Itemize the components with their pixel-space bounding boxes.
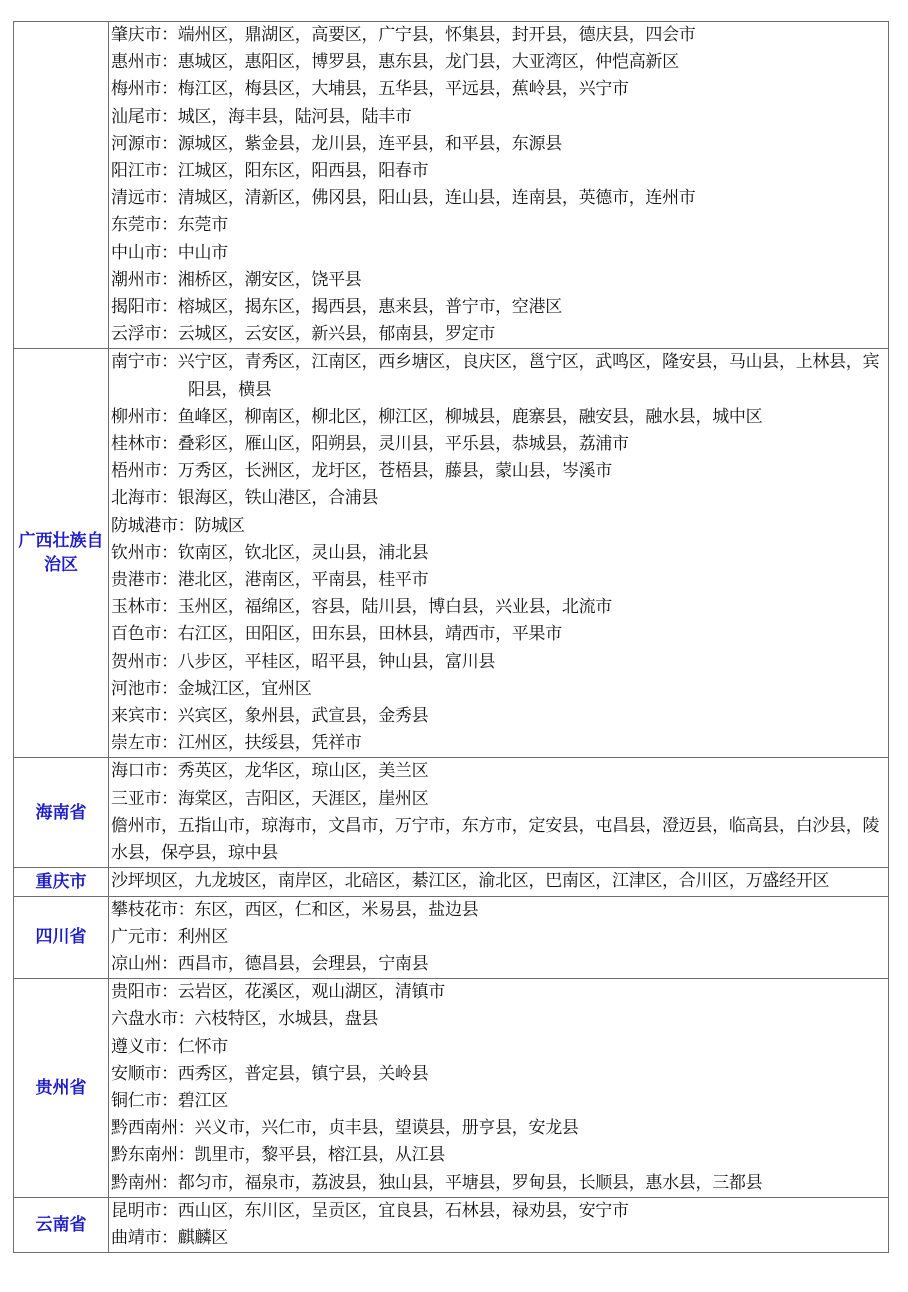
province-row: 云南省昆明市：西山区，东川区，呈贡区，宜良县，石林县，禄劝县，安宁市曲靖市：麒麟… <box>14 1197 889 1252</box>
city-entry: 南宁市：兴宁区，青秀区，江南区，西乡塘区，良庆区，邕宁区，武鸣区，隆安县，马山县… <box>111 349 888 403</box>
province-label: 广西壮族自治区 <box>14 349 109 758</box>
city-entry: 六盘水市：六枝特区，水城县，盘县 <box>111 1006 888 1033</box>
city-entry: 遵义市：仁怀市 <box>111 1034 888 1061</box>
city-entry: 黔西南州：兴义市，兴仁市，贞丰县，望谟县，册亨县，安龙县 <box>111 1115 888 1142</box>
city-entry: 钦州市：钦南区，钦北区，灵山县，浦北县 <box>111 540 888 567</box>
city-entry: 铜仁市：碧江区 <box>111 1088 888 1115</box>
province-row: 四川省攀枝花市：东区，西区，仁和区，米易县，盐边县广元市：利州区凉山州：西昌市，… <box>14 896 889 979</box>
city-entry: 梅州市：梅江区，梅县区，大埔县，五华县，平远县，蕉岭县，兴宁市 <box>111 76 888 103</box>
city-entry: 曲靖市：麒麟区 <box>111 1225 888 1252</box>
city-entry: 三亚市：海棠区，吉阳区，天涯区，崖州区 <box>111 786 888 813</box>
city-entry: 揭阳市：榕城区，揭东区，揭西县，惠来县，普宁市，空港区 <box>111 294 888 321</box>
city-entry: 云浮市：云城区，云安区，新兴县，郁南县，罗定市 <box>111 321 888 348</box>
city-entry: 广元市：利州区 <box>111 924 888 951</box>
province-label <box>14 22 109 349</box>
city-entry: 汕尾市：城区，海丰县，陆河县，陆丰市 <box>111 104 888 131</box>
city-list: 海口市：秀英区，龙华区，琼山区，美兰区三亚市：海棠区，吉阳区，天涯区，崖州区儋州… <box>109 758 889 868</box>
city-list: 肇庆市：端州区，鼎湖区，高要区，广宁县，怀集县，封开县，德庆县，四会市惠州市：惠… <box>109 22 889 349</box>
city-entry: 来宾市：兴宾区，象州县，武宣县，金秀县 <box>111 703 888 730</box>
city-entry: 昆明市：西山区，东川区，呈贡区，宜良县，石林县，禄劝县，安宁市 <box>111 1198 888 1225</box>
city-entry: 海口市：秀英区，龙华区，琼山区，美兰区 <box>111 758 888 785</box>
province-row: 贵州省贵阳市：云岩区，花溪区，观山湖区，清镇市六盘水市：六枝特区，水城县，盘县遵… <box>14 979 889 1198</box>
city-entry: 凉山州：西昌市，德昌县，会理县，宁南县 <box>111 951 888 978</box>
city-entry: 黔南州：都匀市，福泉市，荔波县，独山县，平塘县，罗甸县，长顺县，惠水县，三都县 <box>111 1170 888 1197</box>
province-row: 海南省海口市：秀英区，龙华区，琼山区，美兰区三亚市：海棠区，吉阳区，天涯区，崖州… <box>14 758 889 868</box>
city-list: 昆明市：西山区，东川区，呈贡区，宜良县，石林县，禄劝县，安宁市曲靖市：麒麟区 <box>109 1197 889 1252</box>
city-entry: 清远市：清城区，清新区，佛冈县，阳山县，连山县，连南县，英德市，连州市 <box>111 185 888 212</box>
city-entry: 安顺市：西秀区，普定县，镇宁县，关岭县 <box>111 1061 888 1088</box>
city-entry: 沙坪坝区，九龙坡区，南岸区，北碚区，綦江区，渝北区，巴南区，江津区，合川区，万盛… <box>111 868 888 895</box>
city-list: 南宁市：兴宁区，青秀区，江南区，西乡塘区，良庆区，邕宁区，武鸣区，隆安县，马山县… <box>109 349 889 758</box>
province-row: 广西壮族自治区南宁市：兴宁区，青秀区，江南区，西乡塘区，良庆区，邕宁区，武鸣区，… <box>14 349 889 758</box>
city-entry: 防城港市：防城区 <box>111 513 888 540</box>
city-entry: 崇左市：江州区，扶绥县，凭祥市 <box>111 730 888 757</box>
province-label: 海南省 <box>14 758 109 868</box>
city-entry: 儋州市，五指山市，琼海市，文昌市，万宁市，东方市，定安县，屯昌县，澄迈县，临高县… <box>111 813 888 867</box>
city-entry: 惠州市：惠城区，惠阳区，博罗县，惠东县，龙门县，大亚湾区，仲恺高新区 <box>111 49 888 76</box>
city-entry: 玉林市：玉州区，福绵区，容县，陆川县，博白县，兴业县，北流市 <box>111 594 888 621</box>
city-entry: 中山市：中山市 <box>111 240 888 267</box>
city-entry: 河池市：金城江区，宜州区 <box>111 676 888 703</box>
city-entry: 贺州市：八步区，平桂区，昭平县，钟山县，富川县 <box>111 649 888 676</box>
city-entry: 贵阳市：云岩区，花溪区，观山湖区，清镇市 <box>111 979 888 1006</box>
province-label: 贵州省 <box>14 979 109 1198</box>
region-table: 肇庆市：端州区，鼎湖区，高要区，广宁县，怀集县，封开县，德庆县，四会市惠州市：惠… <box>13 21 889 1253</box>
province-row: 肇庆市：端州区，鼎湖区，高要区，广宁县，怀集县，封开县，德庆县，四会市惠州市：惠… <box>14 22 889 349</box>
city-entry: 柳州市：鱼峰区，柳南区，柳北区，柳江区，柳城县，鹿寨县，融安县，融水县，城中区 <box>111 404 888 431</box>
province-label: 重庆市 <box>14 868 109 896</box>
city-entry: 东莞市：东莞市 <box>111 212 888 239</box>
city-list: 攀枝花市：东区，西区，仁和区，米易县，盐边县广元市：利州区凉山州：西昌市，德昌县… <box>109 896 889 979</box>
city-list: 沙坪坝区，九龙坡区，南岸区，北碚区，綦江区，渝北区，巴南区，江津区，合川区，万盛… <box>109 868 889 896</box>
city-entry: 攀枝花市：东区，西区，仁和区，米易县，盐边县 <box>111 897 888 924</box>
city-entry: 潮州市：湘桥区，潮安区，饶平县 <box>111 267 888 294</box>
city-entry: 肇庆市：端州区，鼎湖区，高要区，广宁县，怀集县，封开县，德庆县，四会市 <box>111 22 888 49</box>
city-entry: 河源市：源城区，紫金县，龙川县，连平县，和平县，东源县 <box>111 131 888 158</box>
city-entry: 阳江市：江城区，阳东区，阳西县，阳春市 <box>111 158 888 185</box>
city-entry: 黔东南州：凯里市，黎平县，榕江县，从江县 <box>111 1142 888 1169</box>
province-row: 重庆市沙坪坝区，九龙坡区，南岸区，北碚区，綦江区，渝北区，巴南区，江津区，合川区… <box>14 868 889 896</box>
city-entry: 百色市：右江区，田阳区，田东县，田林县，靖西市，平果市 <box>111 621 888 648</box>
city-entry: 贵港市：港北区，港南区，平南县，桂平市 <box>111 567 888 594</box>
province-label: 云南省 <box>14 1197 109 1252</box>
city-entry: 梧州市：万秀区，长洲区，龙圩区，苍梧县，藤县，蒙山县，岑溪市 <box>111 458 888 485</box>
city-list: 贵阳市：云岩区，花溪区，观山湖区，清镇市六盘水市：六枝特区，水城县，盘县遵义市：… <box>109 979 889 1198</box>
city-entry: 北海市：银海区，铁山港区，合浦县 <box>111 485 888 512</box>
city-entry: 桂林市：叠彩区，雁山区，阳朔县，灵川县，平乐县，恭城县，荔浦市 <box>111 431 888 458</box>
province-label: 四川省 <box>14 896 109 979</box>
